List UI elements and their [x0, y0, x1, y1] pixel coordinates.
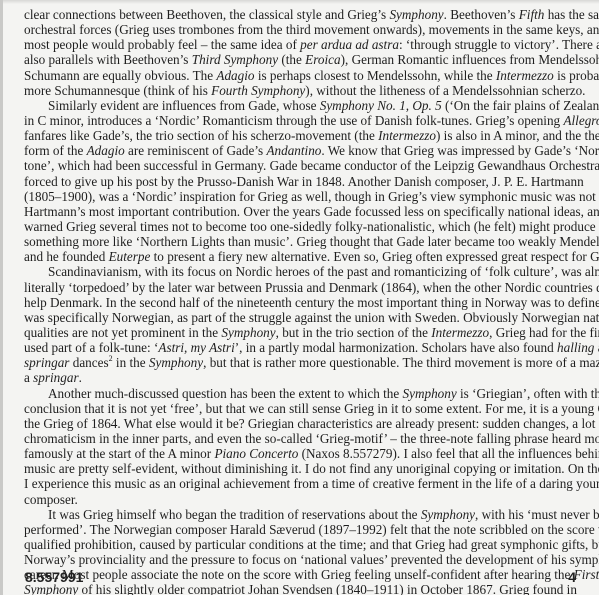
text-line: more Schumannesque (think of his Fourth …	[24, 83, 576, 98]
text-segment: fanfares like Gade’s, the trio section o…	[24, 128, 378, 143]
text-segment: conclusion that it is not yet ‘free’, bu…	[24, 401, 599, 416]
italic-text: Adagio	[216, 68, 254, 83]
text-line: also parallels with Beethoven’s Third Sy…	[24, 52, 576, 67]
text-segment: in the	[113, 355, 149, 370]
text-segment: Scandinavianism, with its focus on Nordi…	[48, 264, 599, 279]
page-top-edge	[0, 0, 599, 4]
text-segment: qualities are not yet prominent in the	[24, 325, 221, 340]
text-segment: are reminiscent of Gade’s	[125, 143, 267, 158]
text-line: springar dances2 in the Symphony, but th…	[24, 355, 576, 370]
text-line: something more like ‘Northern Lights tha…	[24, 234, 576, 249]
text-line: was specifically Norwegian, as part of t…	[24, 310, 576, 325]
text-segment: has the same	[544, 7, 599, 22]
text-segment: ), German Romantic influences from Mende…	[341, 52, 599, 67]
text-line: warned Grieg several times not to become…	[24, 219, 576, 234]
text-segment: most people would probably feel – the sa…	[24, 37, 300, 52]
italic-text: Fifth	[519, 7, 545, 22]
text-segment: . Beethoven’s	[444, 7, 519, 22]
text-segment: ’, in a partly modal harmonization. Scho…	[235, 340, 557, 355]
text-segment: a	[24, 370, 33, 385]
text-line: Similarly evident are influences from Ga…	[24, 98, 576, 113]
text-segment: literally ‘torpedoed’ by the later war b…	[24, 280, 599, 295]
text-segment: is ‘Griegian’, often with the	[457, 386, 599, 401]
text-segment: I experience this music as an original a…	[24, 476, 599, 491]
text-line: Scandinavianism, with its focus on Nordi…	[24, 264, 576, 279]
text-line: tone’, which had been successful in Germ…	[24, 158, 576, 173]
text-line: conclusion that it is not yet ‘free’, bu…	[24, 401, 576, 416]
text-segment: of his slightly older compatriot Johan S…	[78, 582, 577, 595]
text-segment: Norway’s provinciality and the pressure …	[24, 552, 599, 567]
text-segment: performed’. The Norwegian composer Haral…	[24, 522, 599, 537]
text-segment: .	[79, 370, 82, 385]
text-segment: composer.	[24, 492, 78, 507]
text-line: chromaticism in the inner parts, and eve…	[24, 431, 576, 446]
italic-text: Allegro	[563, 113, 599, 128]
text-segment: famously at the start of the A minor	[24, 446, 214, 461]
text-segment: clear connections between Beethoven, the…	[24, 7, 389, 22]
text-segment: . We know that Grieg was impressed by Ga…	[321, 143, 599, 158]
text-segment: (Naxos 8.557279). I also feel that all t…	[298, 446, 599, 461]
text-segment: Schumann are equally obvious. The	[24, 68, 216, 83]
italic-text: per ardua ad astra	[300, 37, 399, 52]
text-line: performed’. The Norwegian composer Haral…	[24, 522, 576, 537]
text-line: composer.	[24, 492, 576, 507]
text-line: career. Most people associate the note o…	[24, 567, 576, 582]
italic-text: halling	[557, 340, 594, 355]
text-segment: to present a fiery new alternative. Even…	[150, 249, 599, 264]
page-left-edge	[0, 0, 3, 595]
text-line: in C minor, introduces a ‘Nordic’ Romant…	[24, 113, 576, 128]
italic-text: Symphony	[421, 507, 475, 522]
text-line: and he founded Euterpe to present a fier…	[24, 249, 576, 264]
text-segment: , but that is rather more questionable. …	[203, 355, 599, 370]
text-segment: tone’, which had been successful in Germ…	[24, 158, 599, 173]
text-segment: , but in the trio section of the	[276, 325, 432, 340]
text-segment: chromaticism in the inner parts, and eve…	[24, 431, 599, 446]
italic-text: Eroica	[305, 52, 340, 67]
text-line: a springar.	[24, 370, 576, 385]
text-segment: Similarly evident are influences from Ga…	[48, 98, 320, 113]
italic-text: Third Symphony	[192, 52, 278, 67]
text-segment: and he founded	[24, 249, 109, 264]
text-segment: It was Grieg himself who began the tradi…	[48, 507, 421, 522]
text-segment: dances	[69, 355, 108, 370]
italic-text: Intermezzo	[431, 325, 489, 340]
text-segment: warned Grieg several times not to become…	[24, 219, 596, 234]
text-segment: qualified prohibition, caused by particu…	[24, 537, 599, 552]
text-segment: Another much-discussed question has been…	[48, 386, 403, 401]
italic-text: Adagio	[87, 143, 125, 158]
text-segment: : ‘through struggle to victory’. There a…	[399, 37, 599, 52]
italic-text: springar	[33, 370, 78, 385]
text-segment: (the	[278, 52, 305, 67]
text-segment: music are pretty self-evident, without d…	[24, 461, 599, 476]
text-line: Symphony of his slightly older compatrio…	[24, 582, 576, 595]
text-segment: (‘On the fair plains of Zealand’), also	[442, 98, 599, 113]
text-segment: forced to give up his post by the Prusso…	[24, 174, 584, 189]
text-line: Norway’s provinciality and the pressure …	[24, 552, 576, 567]
text-segment: form of the	[24, 143, 87, 158]
italic-text: Intermezzo	[496, 68, 554, 83]
text-segment: in C minor, introduces a ‘Nordic’ Romant…	[24, 113, 563, 128]
body-text: clear connections between Beethoven, the…	[24, 7, 576, 595]
text-segment: and	[594, 340, 599, 355]
text-segment: ), without the litheness of a Mendelssoh…	[305, 83, 585, 98]
italic-text: Piano Concerto	[214, 446, 298, 461]
italic-text: Intermezzo	[378, 128, 436, 143]
italic-text: Symphony	[389, 7, 443, 22]
italic-text: Andantino	[266, 143, 321, 158]
italic-text: Symphony No. 1, Op. 5	[320, 98, 442, 113]
catalog-number: 8.557991	[25, 569, 83, 585]
text-segment: is probably	[554, 68, 599, 83]
text-line: Hartmann’s most important contribution. …	[24, 204, 576, 219]
text-line: clear connections between Beethoven, the…	[24, 7, 576, 22]
text-line: form of the Adagio are reminiscent of Ga…	[24, 143, 576, 158]
text-segment: more Schumannesque (think of his	[24, 83, 211, 98]
text-segment: ) is also in A minor, and the theme and	[436, 128, 599, 143]
text-line: the Grieg of 1864. What else would it be…	[24, 416, 576, 431]
text-segment: used part of a folk-tune: ‘	[24, 340, 158, 355]
text-line: most people would probably feel – the sa…	[24, 37, 576, 52]
italic-text: Euterpe	[109, 249, 151, 264]
text-line: fanfares like Gade’s, the trio section o…	[24, 128, 576, 143]
text-line: music are pretty self-evident, without d…	[24, 461, 576, 476]
italic-text: Astri, my Astri	[158, 340, 234, 355]
text-line: used part of a folk-tune: ‘Astri, my Ast…	[24, 340, 576, 355]
italic-text: Symphony	[403, 386, 457, 401]
text-segment: , with his ‘must never be	[475, 507, 599, 522]
text-line: qualified prohibition, caused by particu…	[24, 537, 576, 552]
text-segment: something more like ‘Northern Lights tha…	[24, 234, 599, 249]
text-line: forced to give up his post by the Prusso…	[24, 174, 576, 189]
text-segment: help Denmark. In the second half of the …	[24, 295, 599, 310]
italic-text: Symphony	[221, 325, 275, 340]
text-line: Another much-discussed question has been…	[24, 386, 576, 401]
italic-text: Symphony	[149, 355, 203, 370]
text-line: qualities are not yet prominent in the S…	[24, 325, 576, 340]
text-segment: orchestral forces (Grieg uses trombones …	[24, 22, 599, 37]
text-line: (1805–1900), was a ‘Nordic’ inspiration …	[24, 189, 576, 204]
italic-text: First	[574, 567, 599, 582]
text-line: literally ‘torpedoed’ by the later war b…	[24, 280, 576, 295]
text-segment: was specifically Norwegian, as part of t…	[24, 310, 599, 325]
text-line: Schumann are equally obvious. The Adagio…	[24, 68, 576, 83]
italic-text: Fourth Symphony	[211, 83, 305, 98]
page-number: 4	[568, 569, 576, 585]
text-line: I experience this music as an original a…	[24, 476, 576, 491]
text-line: It was Grieg himself who began the tradi…	[24, 507, 576, 522]
text-segment: career. Most people associate the note o…	[24, 567, 574, 582]
text-line: famously at the start of the A minor Pia…	[24, 446, 576, 461]
text-line: help Denmark. In the second half of the …	[24, 295, 576, 310]
text-segment: (1805–1900), was a ‘Nordic’ inspiration …	[24, 189, 596, 204]
italic-text: springar	[24, 355, 69, 370]
text-segment: the Grieg of 1864. What else would it be…	[24, 416, 599, 431]
text-segment: Hartmann’s most important contribution. …	[24, 204, 599, 219]
text-segment: also parallels with Beethoven’s	[24, 52, 192, 67]
text-line: orchestral forces (Grieg uses trombones …	[24, 22, 576, 37]
text-segment: is perhaps closest to Mendelssohn, while…	[255, 68, 496, 83]
text-segment: , Grieg had for the first time	[489, 325, 599, 340]
